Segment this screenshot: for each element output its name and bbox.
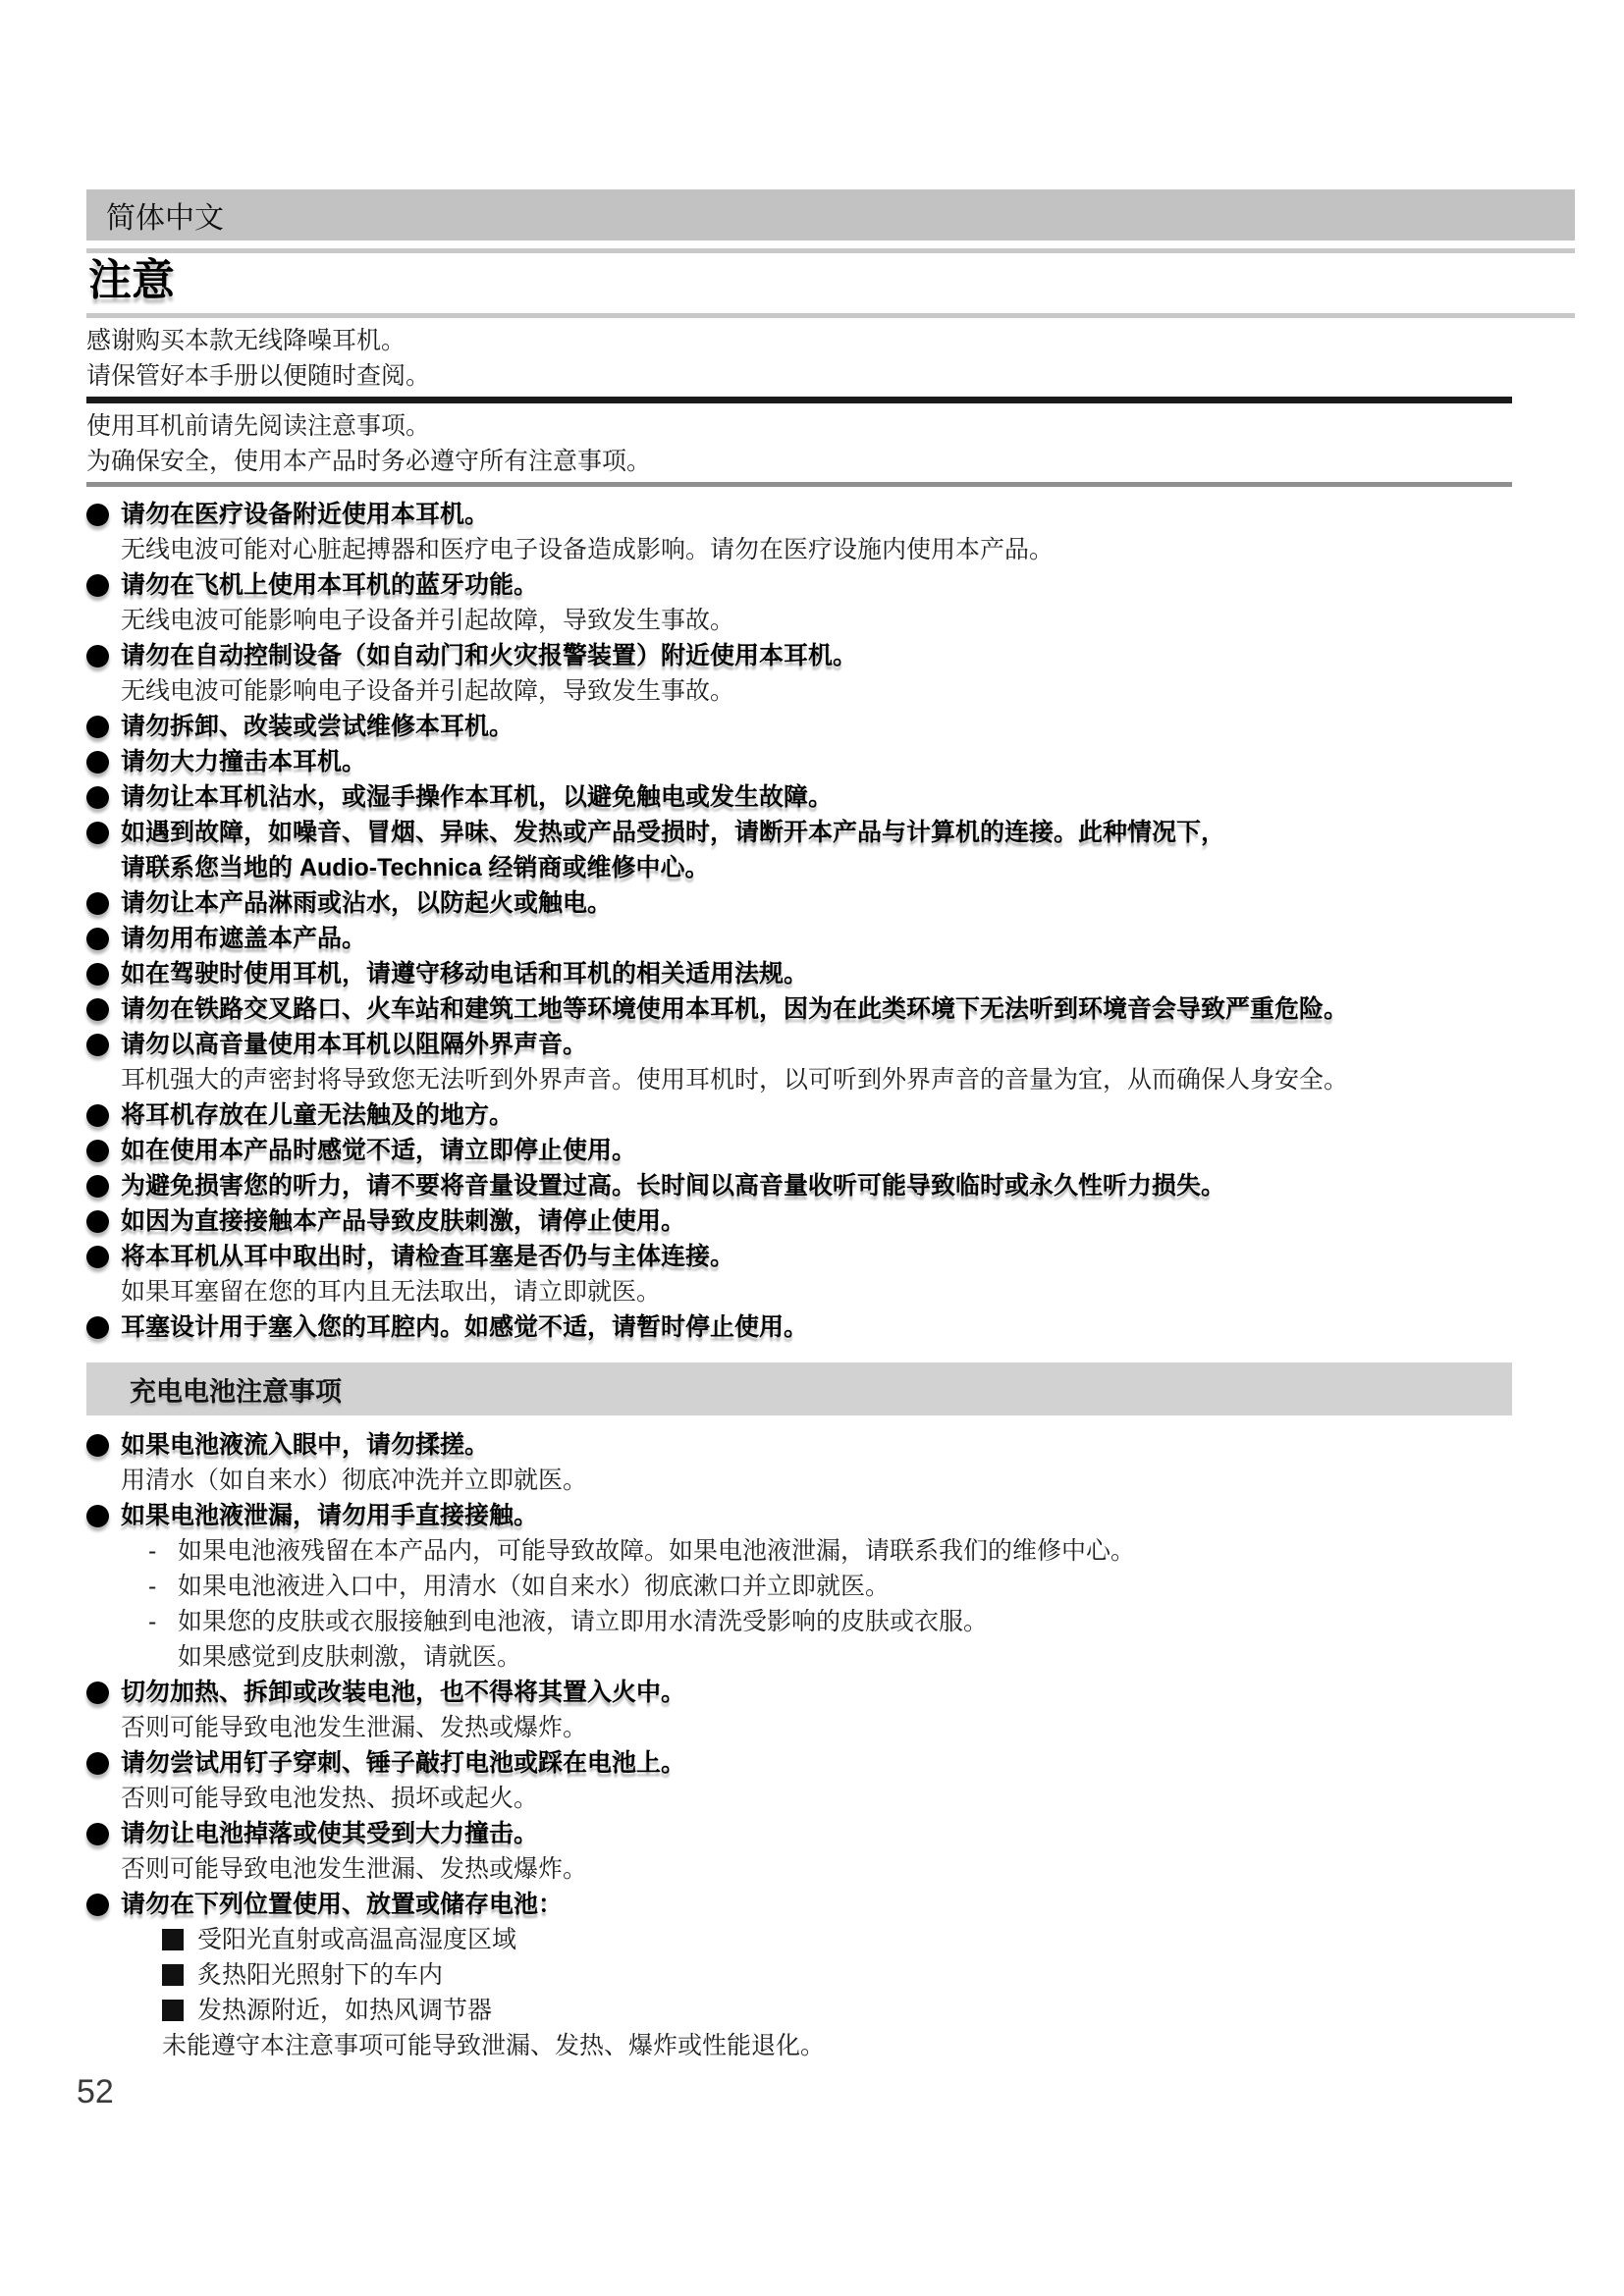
warning-headline: 请勿大力撞击本耳机。 [121,744,1512,779]
warning-text: 请勿在医疗设备附近使用本耳机。无线电波可能对心脏起搏器和医疗电子设备造成影响。请… [121,497,1512,567]
warning-item: 请勿大力撞击本耳机。 [86,744,1512,779]
warning-text: 如在使用本产品时感觉不适，请立即停止使用。 [121,1133,1512,1168]
content-column: 简体中文 注意 感谢购买本款无线降噪耳机。 请保管好本手册以便随时查阅。 使用耳… [86,189,1575,2063]
warning-headline: 请勿让电池掉落或使其受到大力撞击。 [121,1816,1512,1851]
warning-text: 请勿在飞机上使用本耳机的蓝牙功能。无线电波可能影响电子设备并引起故障，导致发生事… [121,567,1512,638]
bullet-icon [86,574,109,597]
square-item: 受阳光直射或高温高湿度区域 [162,1922,1512,1957]
warning-headline: 为避免损害您的听力，请不要将音量设置过高。长时间以高音量收听可能导致临时或永久性… [121,1168,1512,1203]
warning-headline: 请联系您当地的 Audio-Technica 经销商或维修中心。 [121,850,1512,885]
warning-headline: 将耳机存放在儿童无法触及的地方。 [121,1097,1512,1133]
warning-headline: 耳塞设计用于塞入您的耳腔内。如感觉不适，请暂时停止使用。 [121,1309,1512,1345]
warning-text: 请勿以高音量使用本耳机以阻隔外界声音。耳机强大的声密封将导致您无法听到外界声音。… [121,1027,1512,1097]
warning-item: 请勿拆卸、改装或尝试维修本耳机。 [86,709,1512,744]
warning-body-line: 否则可能导致电池发生泄漏、发热或爆炸。 [121,1851,1512,1887]
warning-item: 如在使用本产品时感觉不适，请立即停止使用。 [86,1133,1512,1168]
dash-item-text: 如果电池液进入口中，用清水（如自来水）彻底漱口并立即就医。 [178,1569,1512,1604]
square-item: 发热源附近，如热风调节器 [162,1993,1512,2028]
warning-item: 切勿加热、拆卸或改装电池，也不得将其置入火中。否则可能导致电池发生泄漏、发热或爆… [86,1675,1512,1745]
square-item-text: 发热源附近，如热风调节器 [197,1993,1512,2028]
warning-item: 请勿让电池掉落或使其受到大力撞击。否则可能导致电池发生泄漏、发热或爆炸。 [86,1816,1512,1887]
bullet-icon [86,1246,109,1268]
warning-text: 耳塞设计用于塞入您的耳腔内。如感觉不适，请暂时停止使用。 [121,1309,1512,1345]
warning-headline: 请勿让本耳机沾水，或湿手操作本耳机，以避免触电或发生故障。 [121,779,1512,815]
warning-item: 如果电池液流入眼中，请勿揉搓。用清水（如自来水）彻底冲洗并立即就医。 [86,1427,1512,1498]
divider-heavy [86,397,1512,403]
warning-item: 如果电池液泄漏，请勿用手直接接触。-如果电池液残留在本产品内，可能导致故障。如果… [86,1498,1512,1675]
dash-item-text: 如果您的皮肤或衣服接触到电池液，请立即用水清洗受影响的皮肤或衣服。 [178,1604,1512,1639]
page-number: 52 [77,2073,114,2111]
language-label: 简体中文 [106,193,224,237]
bullet-icon [86,1034,109,1056]
bullet-icon [86,1104,109,1127]
warning-item: 将耳机存放在儿童无法触及的地方。 [86,1097,1512,1133]
bullet-icon [86,716,109,738]
page-title: 注意 [88,256,1575,305]
warning-item: 请勿以高音量使用本耳机以阻隔外界声音。耳机强大的声密封将导致您无法听到外界声音。… [86,1027,1512,1097]
bullet-icon [86,928,109,950]
intro-line-2: 请保管好本手册以便随时查阅。 [86,358,1575,394]
warning-item: 请勿在飞机上使用本耳机的蓝牙功能。无线电波可能影响电子设备并引起故障，导致发生事… [86,567,1512,638]
battery-section-title: 充电电池注意事项 [130,1370,342,1409]
warning-item: 如在驾驶时使用耳机，请遵守移动电话和耳机的相关适用法规。 [86,956,1512,991]
dash-glyph: - [148,1604,178,1639]
bullet-icon [86,1210,109,1233]
warning-text: 请勿用布遮盖本产品。 [121,921,1512,956]
bullet-icon [86,751,109,774]
warning-item: 请勿让本耳机沾水，或湿手操作本耳机，以避免触电或发生故障。 [86,779,1512,815]
warning-headline: 切勿加热、拆卸或改装电池，也不得将其置入火中。 [121,1675,1512,1710]
notice-paragraph: 使用耳机前请先阅读注意事项。 为确保安全，使用本产品时务必遵守所有注意事项。 [86,408,1575,479]
bullet-icon [86,998,109,1021]
warning-text: 将本耳机从耳中取出时，请检查耳塞是否仍与主体连接。如果耳塞留在您的耳内且无法取出… [121,1239,1512,1309]
dash-item-text: 如果电池液残留在本产品内，可能导致故障。如果电池液泄漏，请联系我们的维修中心。 [178,1533,1512,1569]
bullet-icon [86,1505,109,1527]
warning-text: 请勿让本产品淋雨或沾水，以防起火或触电。 [121,885,1512,921]
warning-body-line: 用清水（如自来水）彻底冲洗并立即就医。 [121,1463,1512,1498]
warning-text: 请勿在自动控制设备（如自动门和火灾报警装置）附近使用本耳机。无线电波可能影响电子… [121,638,1512,709]
warning-headline: 如果电池液流入眼中，请勿揉搓。 [121,1427,1512,1463]
bullet-icon [86,963,109,986]
warning-headline: 如果电池液泄漏，请勿用手直接接触。 [121,1498,1512,1533]
warning-text: 请勿尝试用钉子穿刺、锤子敲打电池或踩在电池上。否则可能导致电池发热、损坏或起火。 [121,1745,1512,1816]
dash-item: -如果您的皮肤或衣服接触到电池液，请立即用水清洗受影响的皮肤或衣服。 [148,1604,1512,1639]
warning-item: 请勿在医疗设备附近使用本耳机。无线电波可能对心脏起搏器和医疗电子设备造成影响。请… [86,497,1512,567]
warning-list: 请勿在医疗设备附近使用本耳机。无线电波可能对心脏起搏器和医疗电子设备造成影响。请… [86,497,1512,1345]
warning-text: 请勿在铁路交叉路口、火车站和建筑工地等环境使用本耳机，因为在此类环境下无法听到环… [121,991,1512,1027]
dash-item: -如果电池液残留在本产品内，可能导致故障。如果电池液泄漏，请联系我们的维修中心。 [148,1533,1512,1569]
warning-item: 请勿在自动控制设备（如自动门和火灾报警装置）附近使用本耳机。无线电波可能影响电子… [86,638,1512,709]
square-icon [162,2000,184,2021]
warning-item: 请勿尝试用钉子穿刺、锤子敲打电池或踩在电池上。否则可能导致电池发热、损坏或起火。 [86,1745,1512,1816]
warning-body-line: 无线电波可能对心脏起搏器和医疗电子设备造成影响。请勿在医疗设施内使用本产品。 [121,532,1512,567]
warning-headline: 如因为直接接触本产品导致皮肤刺激，请停止使用。 [121,1203,1512,1239]
dash-glyph: - [148,1569,178,1604]
bullet-icon [86,1823,109,1845]
dash-continuation-line: 如果感觉到皮肤刺激，请就医。 [178,1639,1512,1675]
warning-item: 请勿让本产品淋雨或沾水，以防起火或触电。 [86,885,1512,921]
bullet-icon [86,786,109,809]
bullet-icon [86,1175,109,1198]
warning-headline: 请勿在铁路交叉路口、火车站和建筑工地等环境使用本耳机，因为在此类环境下无法听到环… [121,991,1512,1027]
warning-text: 如因为直接接触本产品导致皮肤刺激，请停止使用。 [121,1203,1512,1239]
divider-light-under-title [86,313,1575,318]
square-item-text: 炙热阳光照射下的车内 [197,1957,1512,1993]
dash-item: -如果电池液进入口中，用清水（如自来水）彻底漱口并立即就医。 [148,1569,1512,1604]
manual-page: 简体中文 注意 感谢购买本款无线降噪耳机。 请保管好本手册以便随时查阅。 使用耳… [0,0,1624,2296]
language-header-bar: 简体中文 [86,189,1575,240]
battery-section-header: 充电电池注意事项 [86,1362,1512,1415]
warning-text: 请勿拆卸、改装或尝试维修本耳机。 [121,709,1512,744]
warning-text: 如果电池液泄漏，请勿用手直接接触。-如果电池液残留在本产品内，可能导致故障。如果… [121,1498,1512,1675]
warning-text: 将耳机存放在儿童无法触及的地方。 [121,1097,1512,1133]
warning-body-line: 如果耳塞留在您的耳内且无法取出，请立即就医。 [121,1274,1512,1309]
warning-headline: 请勿尝试用钉子穿刺、锤子敲打电池或踩在电池上。 [121,1745,1512,1781]
warning-headline: 请勿在自动控制设备（如自动门和火灾报警装置）附近使用本耳机。 [121,638,1512,673]
divider-light-top [86,248,1575,253]
warning-text: 请勿大力撞击本耳机。 [121,744,1512,779]
intro-paragraph: 感谢购买本款无线降噪耳机。 请保管好本手册以便随时查阅。 [86,323,1575,394]
warning-item: 请勿在铁路交叉路口、火车站和建筑工地等环境使用本耳机，因为在此类环境下无法听到环… [86,991,1512,1027]
bullet-icon [86,892,109,915]
bullet-icon [86,645,109,667]
bullet-icon [86,1140,109,1162]
warning-item: 为避免损害您的听力，请不要将音量设置过高。长时间以高音量收听可能导致临时或永久性… [86,1168,1512,1203]
warning-text: 请勿在下列位置使用、放置或储存电池：受阳光直射或高温高湿度区域炙热阳光照射下的车… [121,1887,1512,2063]
warning-item: 如遇到故障，如噪音、冒烟、异味、发热或产品受损时，请断开本产品与计算机的连接。此… [86,815,1512,885]
warning-headline: 请勿在飞机上使用本耳机的蓝牙功能。 [121,567,1512,603]
warning-body-line: 无线电波可能影响电子设备并引起故障，导致发生事故。 [121,673,1512,709]
warning-body-line: 否则可能导致电池发热、损坏或起火。 [121,1781,1512,1816]
warning-headline: 如在使用本产品时感觉不适，请立即停止使用。 [121,1133,1512,1168]
warning-text: 请勿让本耳机沾水，或湿手操作本耳机，以避免触电或发生故障。 [121,779,1512,815]
square-item: 炙热阳光照射下的车内 [162,1957,1512,1993]
divider-mid [86,482,1512,487]
square-icon [162,1929,184,1950]
note-line: 未能遵守本注意事项可能导致泄漏、发热、爆炸或性能退化。 [162,2028,1512,2063]
warning-headline: 将本耳机从耳中取出时，请检查耳塞是否仍与主体连接。 [121,1239,1512,1274]
bullet-icon [86,1316,109,1339]
warning-headline: 如在驾驶时使用耳机，请遵守移动电话和耳机的相关适用法规。 [121,956,1512,991]
warning-headline: 请勿用布遮盖本产品。 [121,921,1512,956]
warning-text: 请勿让电池掉落或使其受到大力撞击。否则可能导致电池发生泄漏、发热或爆炸。 [121,1816,1512,1887]
warning-headline: 请勿以高音量使用本耳机以阻隔外界声音。 [121,1027,1512,1062]
warning-body-line: 无线电波可能影响电子设备并引起故障，导致发生事故。 [121,603,1512,638]
battery-warning-list: 如果电池液流入眼中，请勿揉搓。用清水（如自来水）彻底冲洗并立即就医。如果电池液泄… [86,1427,1512,2063]
warning-text: 如果电池液流入眼中，请勿揉搓。用清水（如自来水）彻底冲洗并立即就医。 [121,1427,1512,1498]
warning-text: 为避免损害您的听力，请不要将音量设置过高。长时间以高音量收听可能导致临时或永久性… [121,1168,1512,1203]
bullet-icon [86,1434,109,1457]
warning-headline: 请勿在医疗设备附近使用本耳机。 [121,497,1512,532]
warning-headline: 请勿拆卸、改装或尝试维修本耳机。 [121,709,1512,744]
warning-item: 请勿在下列位置使用、放置或储存电池：受阳光直射或高温高湿度区域炙热阳光照射下的车… [86,1887,1512,2063]
notice-line-1: 使用耳机前请先阅读注意事项。 [86,408,1575,444]
warning-item: 请勿用布遮盖本产品。 [86,921,1512,956]
warning-item: 如因为直接接触本产品导致皮肤刺激，请停止使用。 [86,1203,1512,1239]
warning-headline: 请勿让本产品淋雨或沾水，以防起火或触电。 [121,885,1512,921]
square-item-text: 受阳光直射或高温高湿度区域 [197,1922,1512,1957]
dash-glyph: - [148,1533,178,1569]
warning-body-line: 否则可能导致电池发生泄漏、发热或爆炸。 [121,1710,1512,1745]
warning-text: 切勿加热、拆卸或改装电池，也不得将其置入火中。否则可能导致电池发生泄漏、发热或爆… [121,1675,1512,1745]
intro-line-1: 感谢购买本款无线降噪耳机。 [86,323,1575,358]
bullet-icon [86,1682,109,1704]
notice-line-2: 为确保安全，使用本产品时务必遵守所有注意事项。 [86,444,1575,479]
bullet-icon [86,1752,109,1775]
warning-body-line: 耳机强大的声密封将导致您无法听到外界声音。使用耳机时，以可听到外界声音的音量为宜… [121,1062,1512,1097]
warning-text: 如在驾驶时使用耳机，请遵守移动电话和耳机的相关适用法规。 [121,956,1512,991]
warning-headline: 如遇到故障，如噪音、冒烟、异味、发热或产品受损时，请断开本产品与计算机的连接。此… [121,815,1512,850]
warning-item: 将本耳机从耳中取出时，请检查耳塞是否仍与主体连接。如果耳塞留在您的耳内且无法取出… [86,1239,1512,1309]
bullet-icon [86,822,109,844]
warning-text: 如遇到故障，如噪音、冒烟、异味、发热或产品受损时，请断开本产品与计算机的连接。此… [121,815,1512,885]
warning-item: 耳塞设计用于塞入您的耳腔内。如感觉不适，请暂时停止使用。 [86,1309,1512,1345]
square-icon [162,1964,184,1986]
bullet-icon [86,1894,109,1916]
bullet-icon [86,504,109,526]
warning-headline: 请勿在下列位置使用、放置或储存电池： [121,1887,1512,1922]
